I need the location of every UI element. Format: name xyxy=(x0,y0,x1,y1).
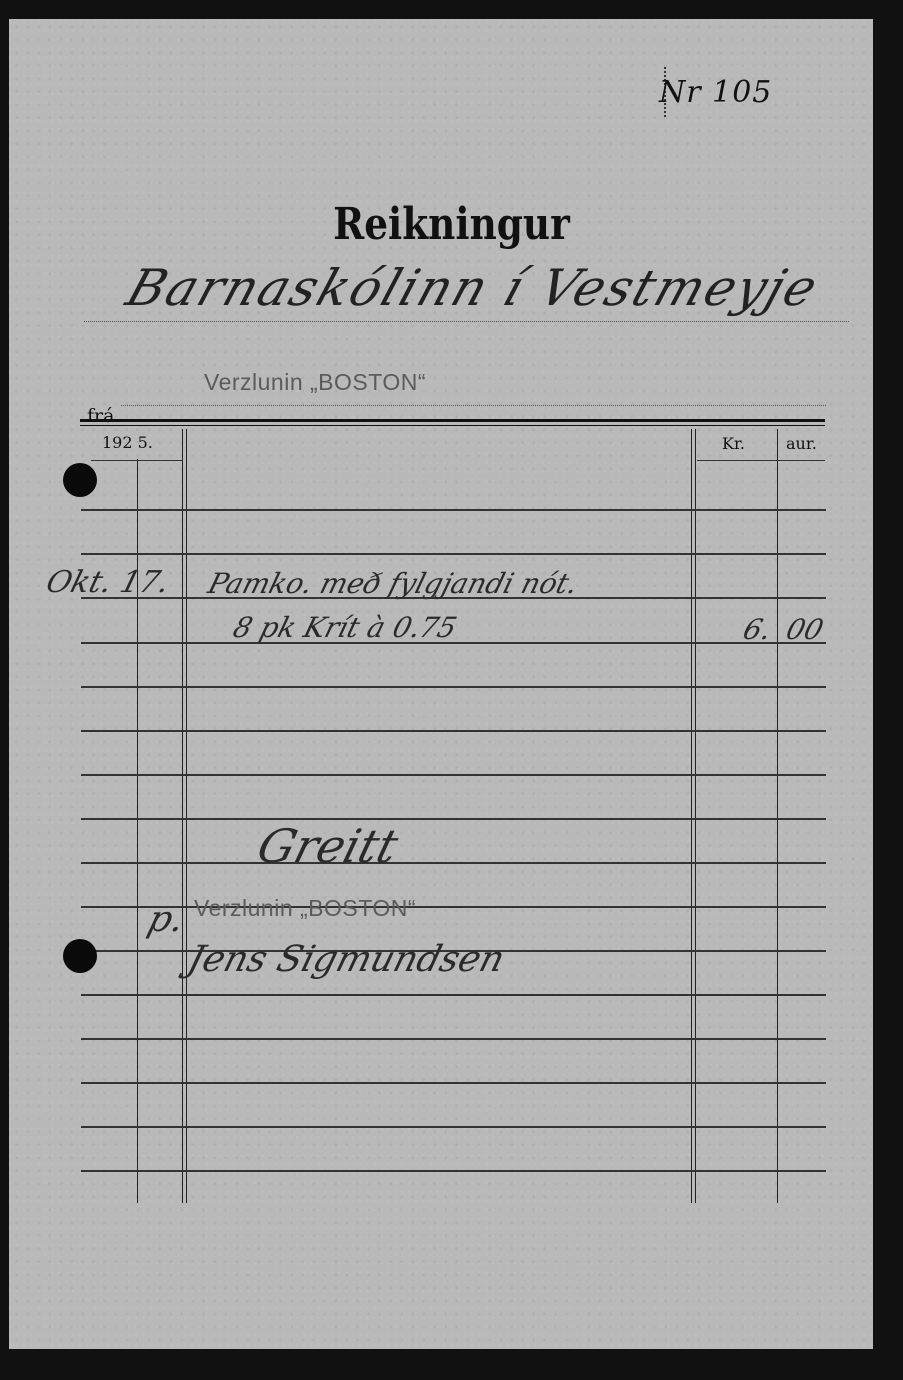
row-line xyxy=(81,774,826,776)
from-stamp: Verzlunin „BOSTON“ xyxy=(204,369,426,396)
row-line xyxy=(81,1038,826,1040)
from-dotted-line xyxy=(121,405,826,406)
column-divider-date-left xyxy=(182,429,183,1203)
header-rule-thin xyxy=(80,425,825,426)
row-line xyxy=(81,642,826,644)
amount-header-underline xyxy=(697,460,825,461)
recipient-dotted-line xyxy=(84,321,849,322)
header-rule-thick xyxy=(80,419,825,422)
year-label: 192 5. xyxy=(102,433,153,452)
row-line xyxy=(81,509,826,511)
punch-hole-top xyxy=(63,463,97,497)
document-number: Nr 105 xyxy=(659,75,772,110)
column-header-aur: aur. xyxy=(786,434,817,453)
row-line xyxy=(81,994,826,996)
column-divider-kr-aur xyxy=(777,429,778,1203)
column-divider-amount-right xyxy=(695,429,696,1203)
row-line xyxy=(81,862,826,864)
row-line xyxy=(81,553,826,555)
row-line xyxy=(81,1170,826,1172)
line-item-description-2: 8 pk Krít à 0.75 xyxy=(230,611,461,644)
column-divider-amount-left xyxy=(691,429,692,1203)
row-line xyxy=(81,686,826,688)
line-item-description-1: Pamko. með fylgjandi nót. xyxy=(205,567,582,600)
receipt-note-handwritten: Greitt xyxy=(252,819,404,873)
line-item-date: Okt. 17. xyxy=(42,565,173,600)
row-line xyxy=(81,906,826,908)
from-label: frá xyxy=(87,405,114,427)
invoice-page: Nr 105 Reikningur Barnaskólinn í Vestmey… xyxy=(9,19,873,1349)
column-header-kr: Kr. xyxy=(722,434,745,453)
row-line xyxy=(81,1082,826,1084)
signature-stamp: Verzlunin „BOSTON“ xyxy=(194,895,416,922)
row-line xyxy=(81,730,826,732)
year-underline xyxy=(91,460,183,461)
column-divider-date-right xyxy=(186,429,187,1203)
punch-hole-bottom xyxy=(63,939,97,973)
signer-signature: Jens Sigmundsen xyxy=(184,939,510,980)
document-title: Reikningur xyxy=(68,199,836,250)
recipient-handwritten: Barnaskólinn í Vestmeyje xyxy=(120,259,827,317)
row-line xyxy=(81,818,826,820)
row-line xyxy=(81,1126,826,1128)
